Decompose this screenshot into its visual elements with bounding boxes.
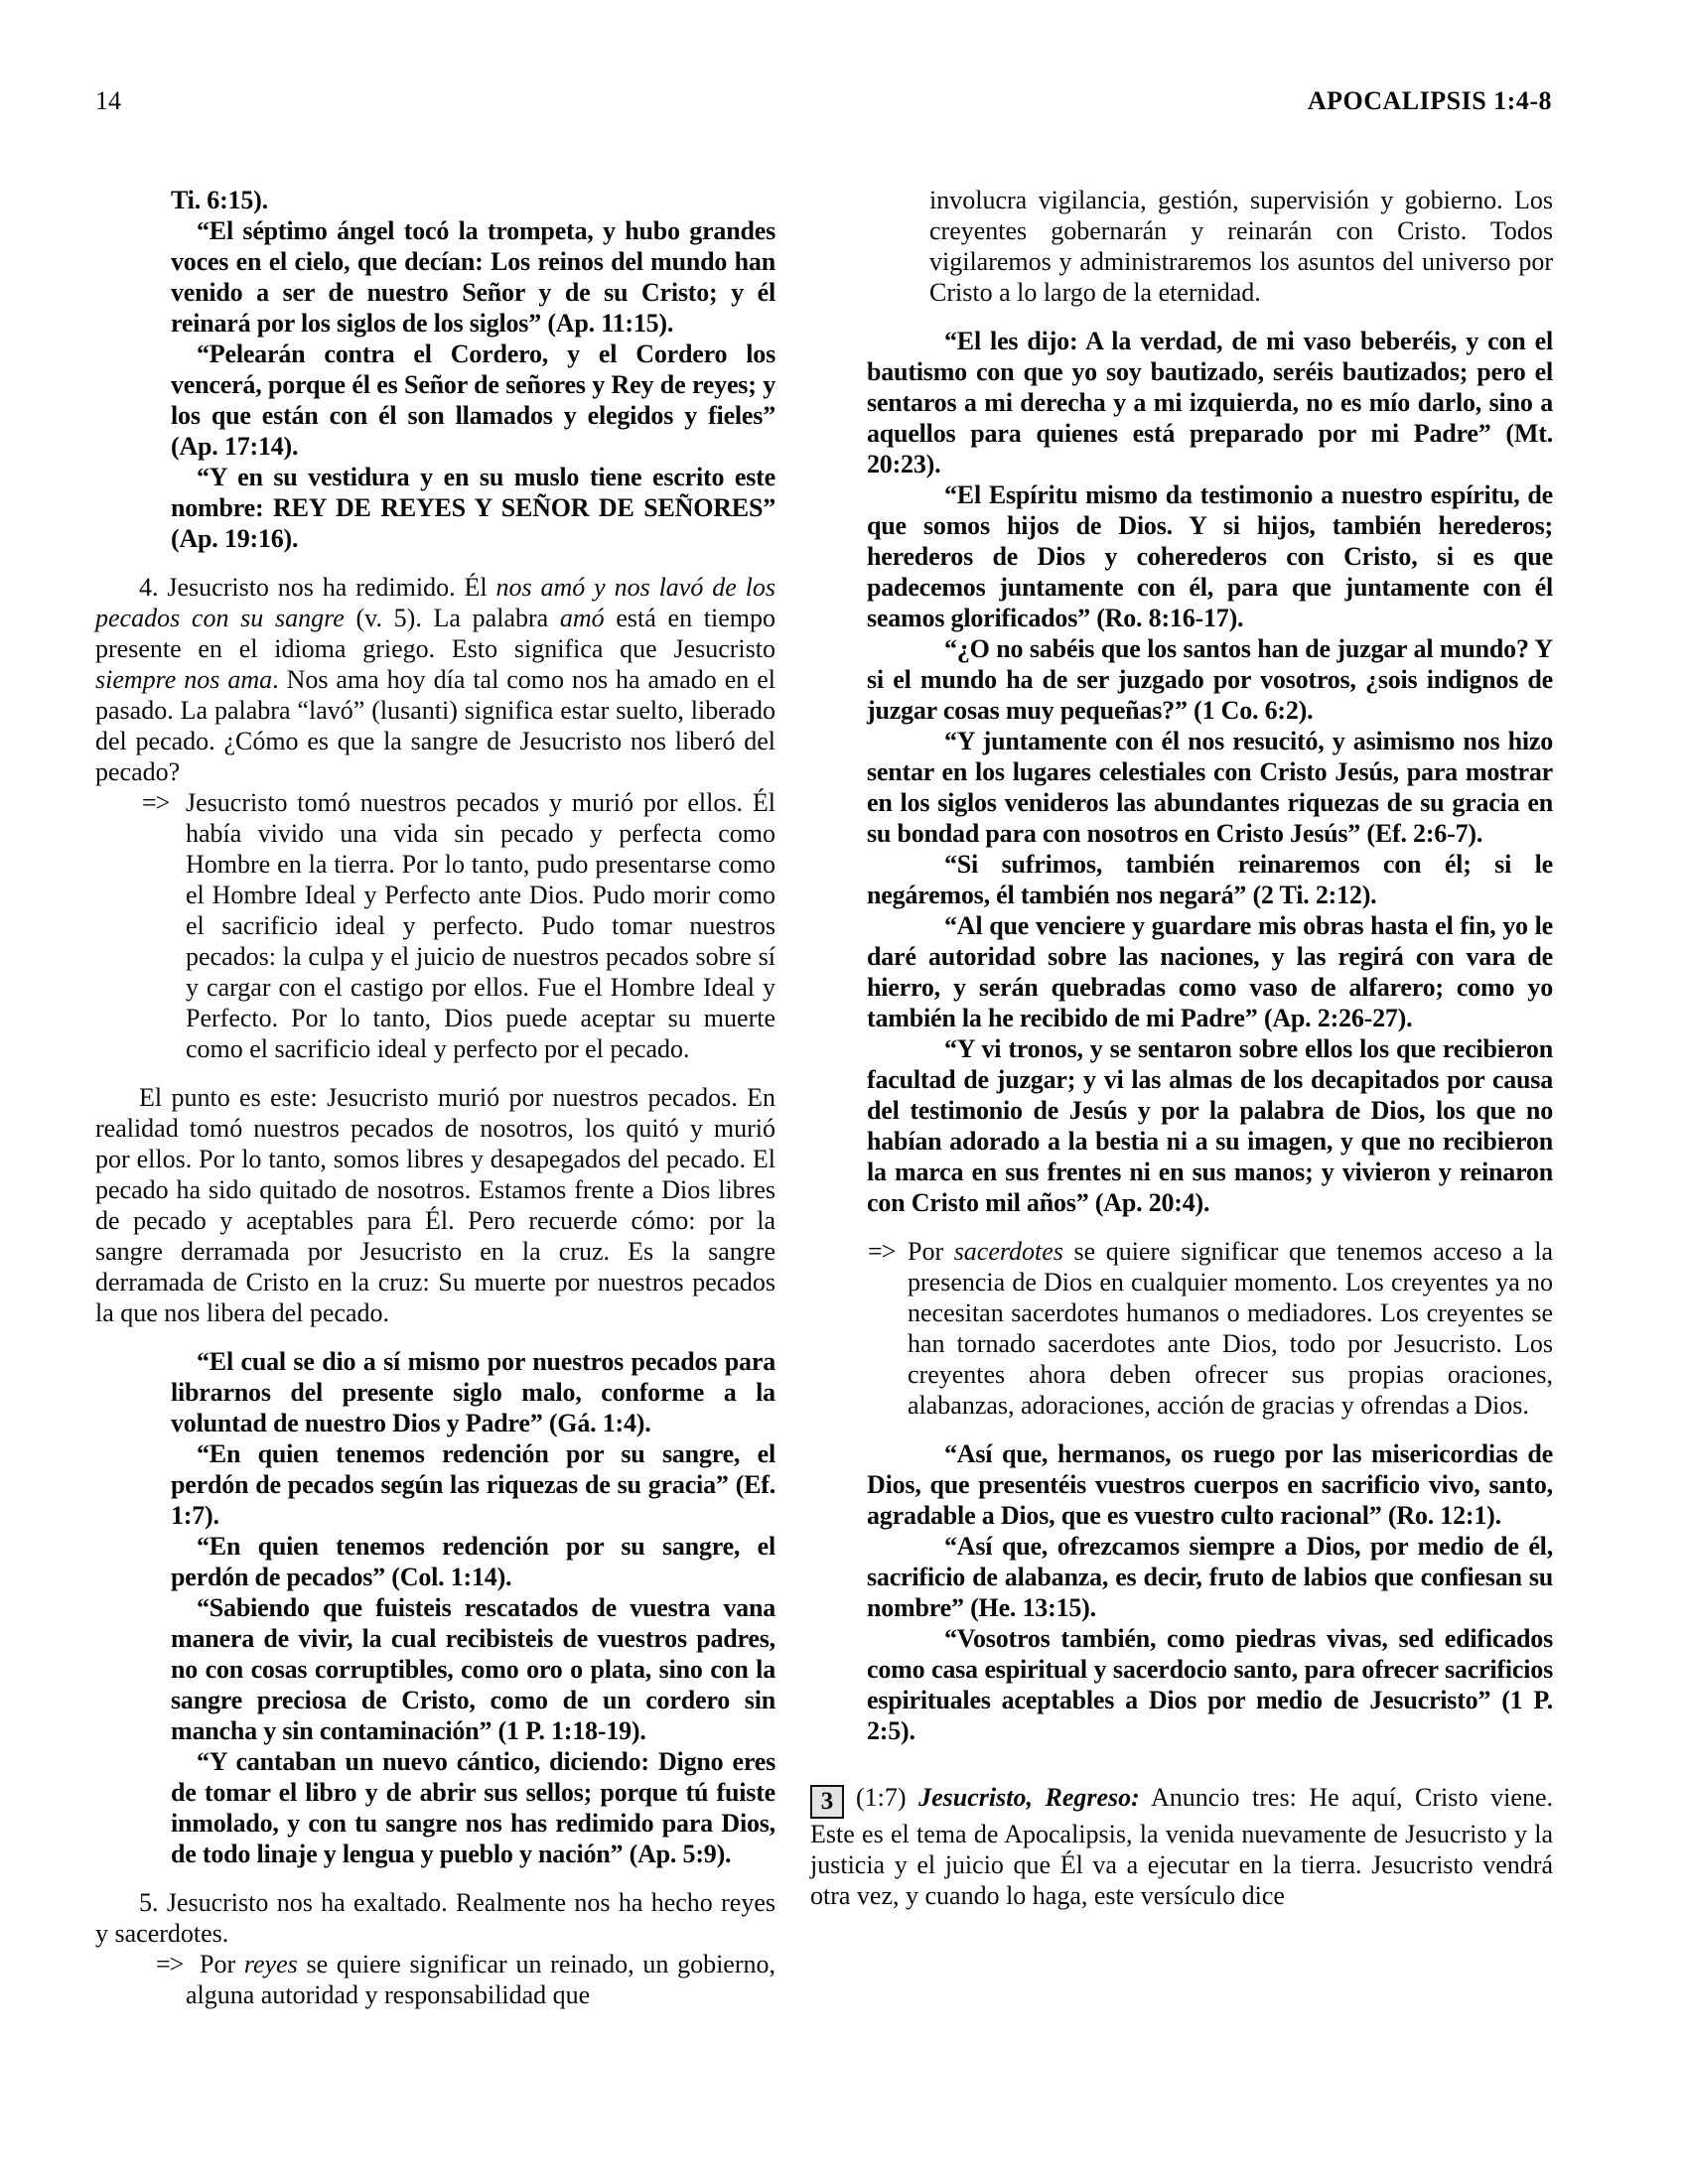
text-run: “En quien tenemos redención por su sangr… [171,1439,775,1530]
outline-arrow-continuation: involucra vigilancia, gestión, supervisi… [929,185,1553,308]
text-run: “Y juntamente con él nos resucitó, y asi… [867,727,1553,848]
text-run: (v. 5). La palabra [345,604,560,632]
text-run: 5. Jesucristo nos ha exaltado. Realmente… [95,1888,775,1948]
paragraph: El punto es este: Jesucristo murió por n… [95,1082,775,1328]
text-run: Ti. 6:15). [171,186,268,214]
scripture-quote: “Vosotros también, como piedras vivas, s… [867,1623,1553,1746]
text-run: “Y vi tronos, y se sentaron sobre ellos … [867,1034,1553,1217]
scripture-quote: Ti. 6:15). [171,185,775,215]
scripture-quote: “¿O no sabéis que los santos han de juzg… [867,633,1553,726]
scripture-quote: “El cual se dio a sí mismo por nuestros … [171,1346,775,1438]
text-run: “Así que, hermanos, os ruego por las mis… [867,1439,1553,1530]
scripture-quote: “El les dijo: A la verdad, de mi vaso be… [867,326,1553,479]
outline-arrow-item: =>Por reyes se quiere significar un rein… [95,1949,775,2010]
paragraph: 4. Jesucristo nos ha redimido. Él nos am… [95,572,775,787]
text-run: “Y cantaban un nuevo cántico, diciendo: … [171,1747,775,1868]
text-run: Jesucristo, Regreso: [918,1783,1140,1812]
text-run: “En quien tenemos redención por su sangr… [171,1532,775,1591]
scripture-quote: “El Espíritu mismo da testimonio a nuest… [867,479,1553,633]
scripture-quote: “Así que, ofrezcamos siempre a Dios, por… [867,1531,1553,1623]
arrow-marker: => [142,1949,183,1979]
arrow-marker: => [142,787,169,818]
text-run: “Sabiendo que fuisteis rescatados de vue… [171,1593,775,1745]
text-run: siempre nos ama [95,665,272,694]
scripture-quote: “Así que, hermanos, os ruego por las mis… [867,1438,1553,1531]
outline-arrow-item: =>Jesucristo tomó nuestros pecados y mur… [95,787,775,1064]
running-title: APOCALIPSIS 1:4-8 [1308,87,1552,115]
text-run: El punto es este: Jesucristo murió por n… [95,1083,775,1327]
scripture-quote: “Y cantaban un nuevo cántico, diciendo: … [171,1746,775,1869]
text-run: “El les dijo: A la verdad, de mi vaso be… [867,327,1553,478]
scripture-quote: “Y juntamente con él nos resucitó, y asi… [867,726,1553,849]
text-run: “Al que venciere y guardare mis obras ha… [867,911,1553,1032]
text-run: Por [200,1950,244,1979]
right-column: involucra vigilancia, gestión, supervisi… [810,185,1553,2010]
scripture-quote: “En quien tenemos redención por su sangr… [171,1531,775,1592]
text-run: 4. Jesucristo nos ha redimido. Él [139,573,495,602]
text-run: sacerdotes [954,1237,1063,1266]
scripture-quote: “Y en su vestidura y en su muslo tiene e… [171,462,775,554]
arrow-marker: => [868,1236,895,1267]
scripture-quote: “En quien tenemos redención por su sangr… [171,1438,775,1531]
text-run: “Así que, ofrezcamos siempre a Dios, por… [867,1532,1553,1622]
scripture-quote: “Al que venciere y guardare mis obras ha… [867,910,1553,1033]
text-run: amó [560,604,605,632]
two-column-text: Ti. 6:15).“El séptimo ángel tocó la trom… [95,185,1553,2010]
text-run: “¿O no sabéis que los santos han de juzg… [867,634,1553,725]
text-run: reyes [244,1950,298,1979]
scripture-quote: “Sabiendo que fuisteis rescatados de vue… [171,1592,775,1746]
text-run: “Y en su vestidura y en su muslo tiene e… [171,463,775,553]
text-run: “El Espíritu mismo da testimonio a nuest… [867,480,1553,632]
paragraph: 5. Jesucristo nos ha exaltado. Realmente… [95,1887,775,1949]
text-run: involucra vigilancia, gestión, supervisi… [929,186,1553,307]
point-number-box: 3 [810,1785,844,1819]
scripture-quote: “Si sufrimos, también reinaremos con él;… [867,849,1553,910]
outline-arrow-item: =>Por sacerdotes se quiere significar qu… [810,1236,1553,1421]
scripture-quote: “Pelearán contra el Cordero, y el Corder… [171,339,775,462]
text-run: (1:7) [856,1783,918,1812]
text-run: “Vosotros también, como piedras vivas, s… [867,1624,1553,1745]
text-run: Por [908,1237,954,1266]
page-header: 14 APOCALIPSIS 1:4-8 [95,87,1552,115]
text-run: “El cual se dio a sí mismo por nuestros … [171,1347,775,1437]
text-run: “Si sufrimos, también reinaremos con él;… [867,850,1553,909]
scripture-quote: “El séptimo ángel tocó la trompeta, y hu… [171,215,775,339]
page-number: 14 [95,87,121,115]
scripture-quote: “Y vi tronos, y se sentaron sobre ellos … [867,1033,1553,1218]
document-page: 14 APOCALIPSIS 1:4-8 Ti. 6:15).“El sépti… [0,0,1688,2184]
text-run: Jesucristo tomó nuestros pecados y murió… [186,788,775,1063]
text-run: “Pelearán contra el Cordero, y el Corder… [171,340,775,461]
text-run: “El séptimo ángel tocó la trompeta, y hu… [171,216,775,338]
numbered-point: 3(1:7) Jesucristo, Regreso: Anuncio tres… [810,1782,1553,1911]
left-column: Ti. 6:15).“El séptimo ángel tocó la trom… [95,185,775,2010]
